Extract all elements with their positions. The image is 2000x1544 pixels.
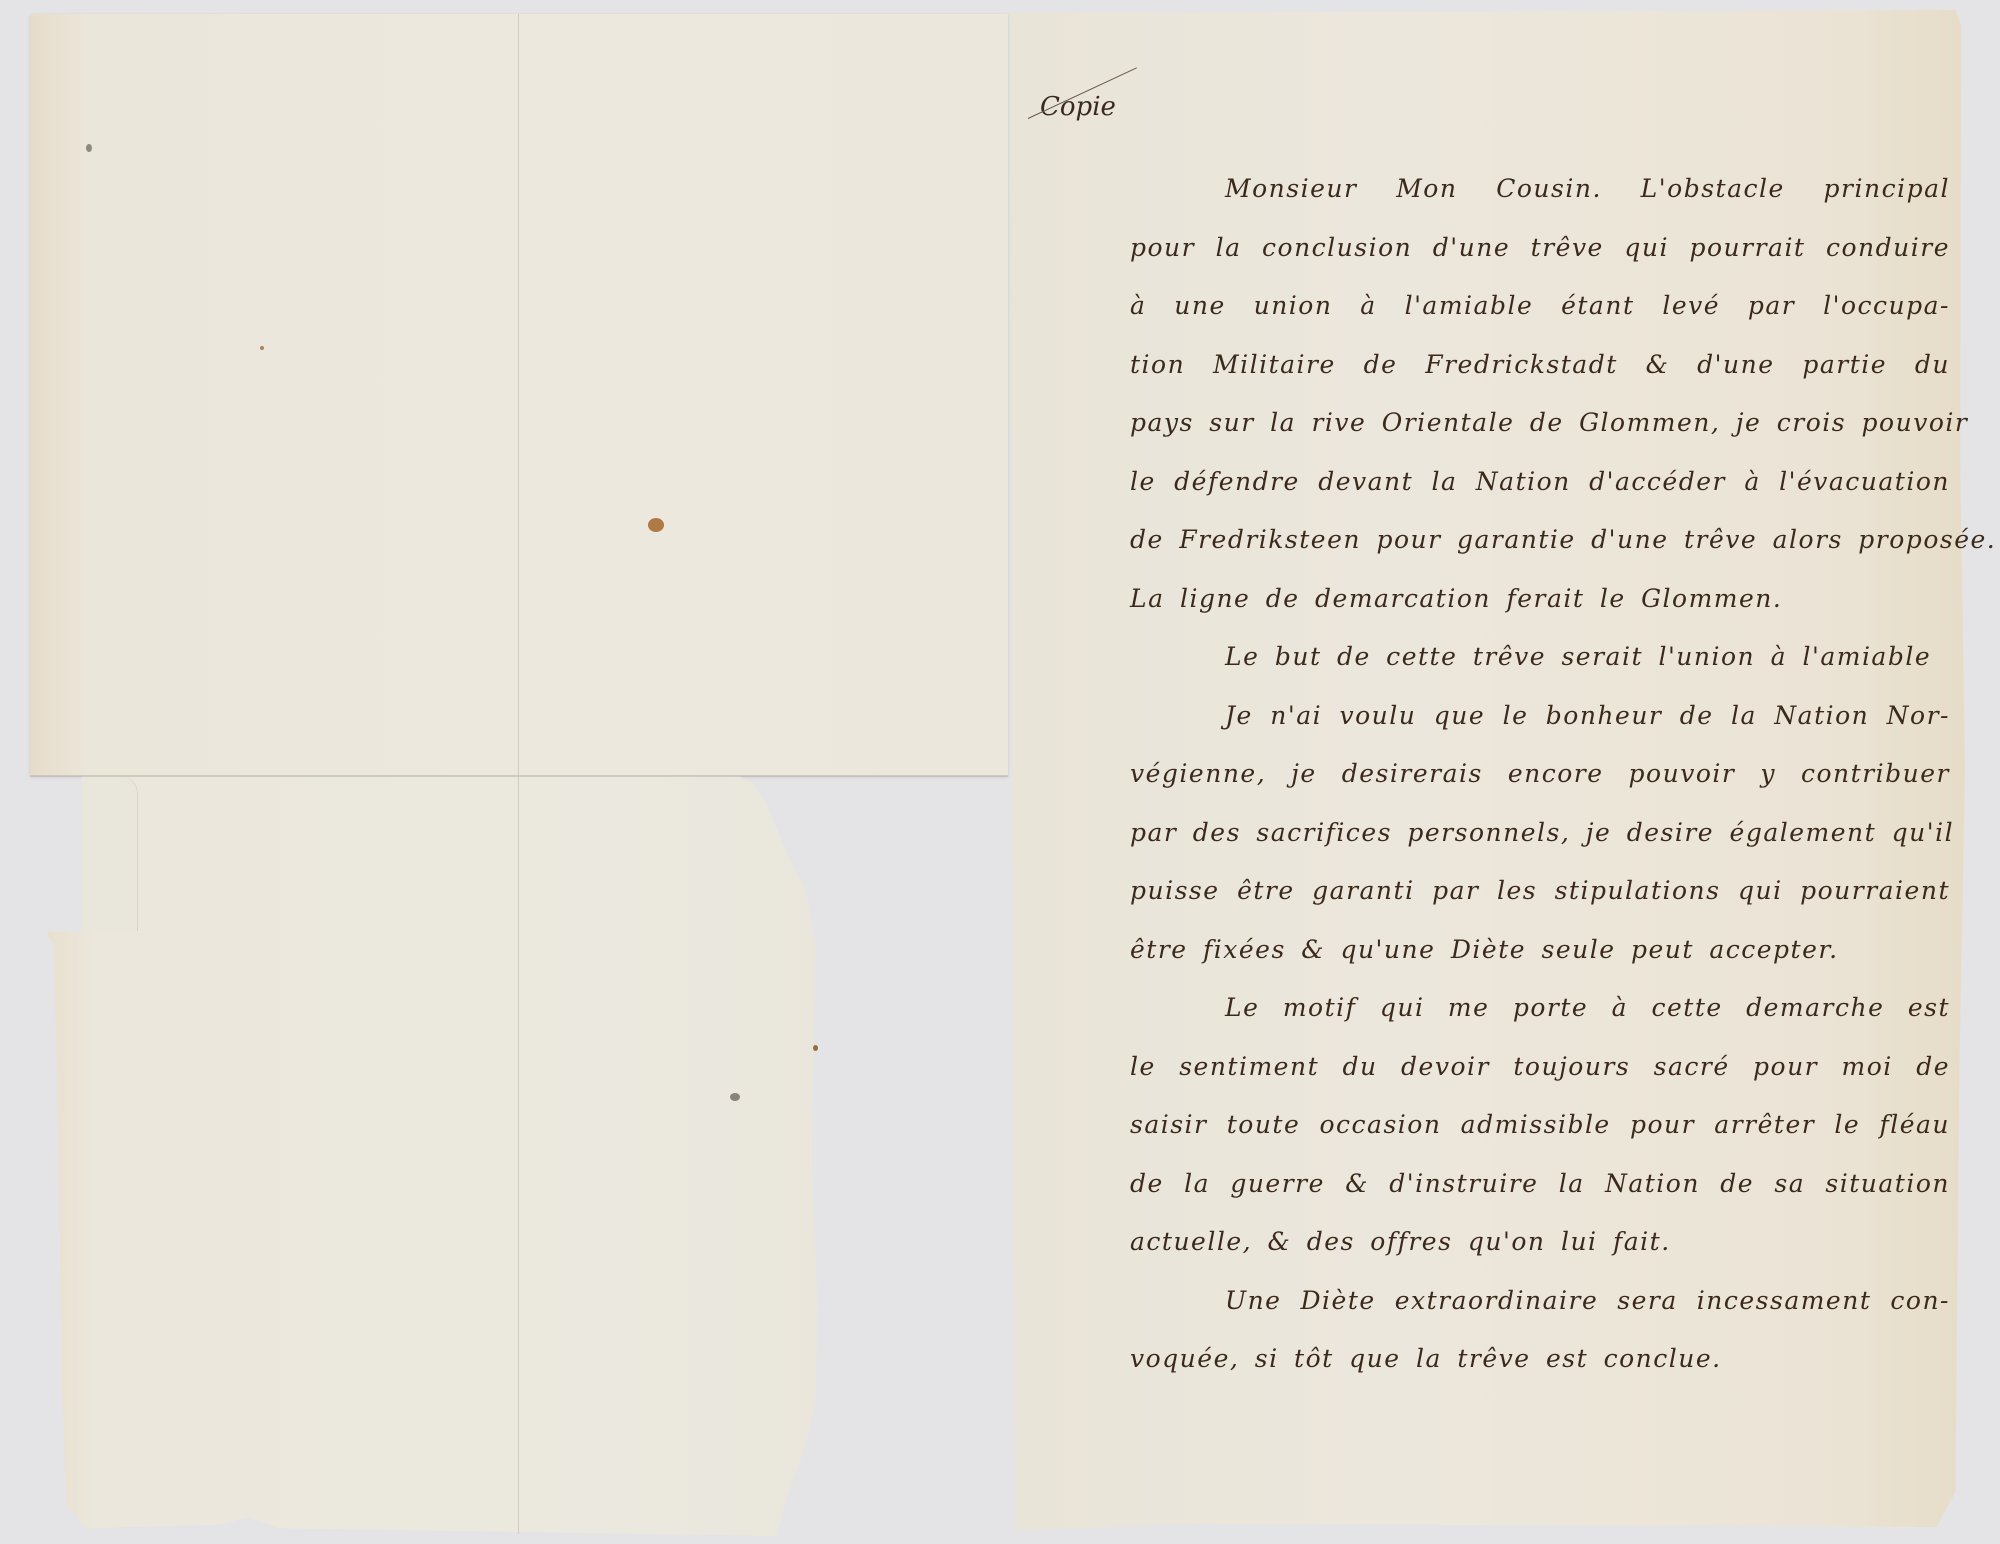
left-page-horizontal-fold [30,775,1008,777]
letter-line: Je n'ai voulu que le bonheur de la Natio… [1130,687,1950,746]
left-page-vertical-fold [518,14,519,1534]
left-page-upper [30,14,1008,776]
letter-line: de Fredriksteen pour garantie d'une trêv… [1130,511,1950,570]
letter-line: voquée, si tôt que la trêve est conclue. [1130,1330,1950,1389]
foxing-stain [730,1093,740,1101]
letter-line: actuelle, & des offres qu'on lui fait. [1130,1213,1950,1272]
left-page-torn-flap [82,776,138,931]
letter-line: être fixées & qu'une Diète seule peut ac… [1130,921,1950,980]
letter-line: le défendre devant la Nation d'accéder à… [1130,453,1950,512]
letter-line: pays sur la rive Orientale de Glommen, j… [1130,394,1950,453]
foxing-stain [86,144,92,152]
letter-line: saisir toute occasion admissible pour ar… [1130,1096,1950,1155]
paragraph-2: Le but de cette trêve serait l'union à l… [1130,628,1950,687]
letter-line: le sentiment du devoir toujours sacré po… [1130,1038,1950,1097]
paragraph-5: Une Diète extraordinaire sera incessamen… [1130,1272,1950,1389]
letter-line: de la guerre & d'instruire la Nation de … [1130,1155,1950,1214]
foxing-stain [813,1045,818,1051]
letter-line: Le but de cette trêve serait l'union à l… [1130,628,1950,687]
letter-line: Le motif qui me porte à cette demarche e… [1130,979,1950,1038]
letter-line: Monsieur Mon Cousin. L'obstacle principa… [1130,160,1950,219]
letter-line: La ligne de demarcation ferait le Glomme… [1130,570,1950,629]
paragraph-3: Je n'ai voulu que le bonheur de la Natio… [1130,687,1950,980]
letter-line: à une union à l'amiable étant levé par l… [1130,277,1950,336]
paragraph-4: Le motif qui me porte à cette demarche e… [1130,979,1950,1272]
letter-body: Monsieur Mon Cousin. L'obstacle principa… [1130,160,1950,1389]
letter-line: par des sacrifices personnels, je desire… [1130,804,1950,863]
letter-line: Une Diète extraordinaire sera incessamen… [1130,1272,1950,1331]
letter-line: végienne, je desirerais encore pouvoir y… [1130,745,1950,804]
foxing-stain [648,518,664,532]
paragraph-1: Monsieur Mon Cousin. L'obstacle principa… [1130,160,1950,628]
letter-line: puisse être garanti par les stipulations… [1130,862,1950,921]
letter-line: pour la conclusion d'une trêve qui pourr… [1130,219,1950,278]
foxing-stain [260,346,264,350]
letter-line: tion Militaire de Fredrickstadt & d'une … [1130,336,1950,395]
